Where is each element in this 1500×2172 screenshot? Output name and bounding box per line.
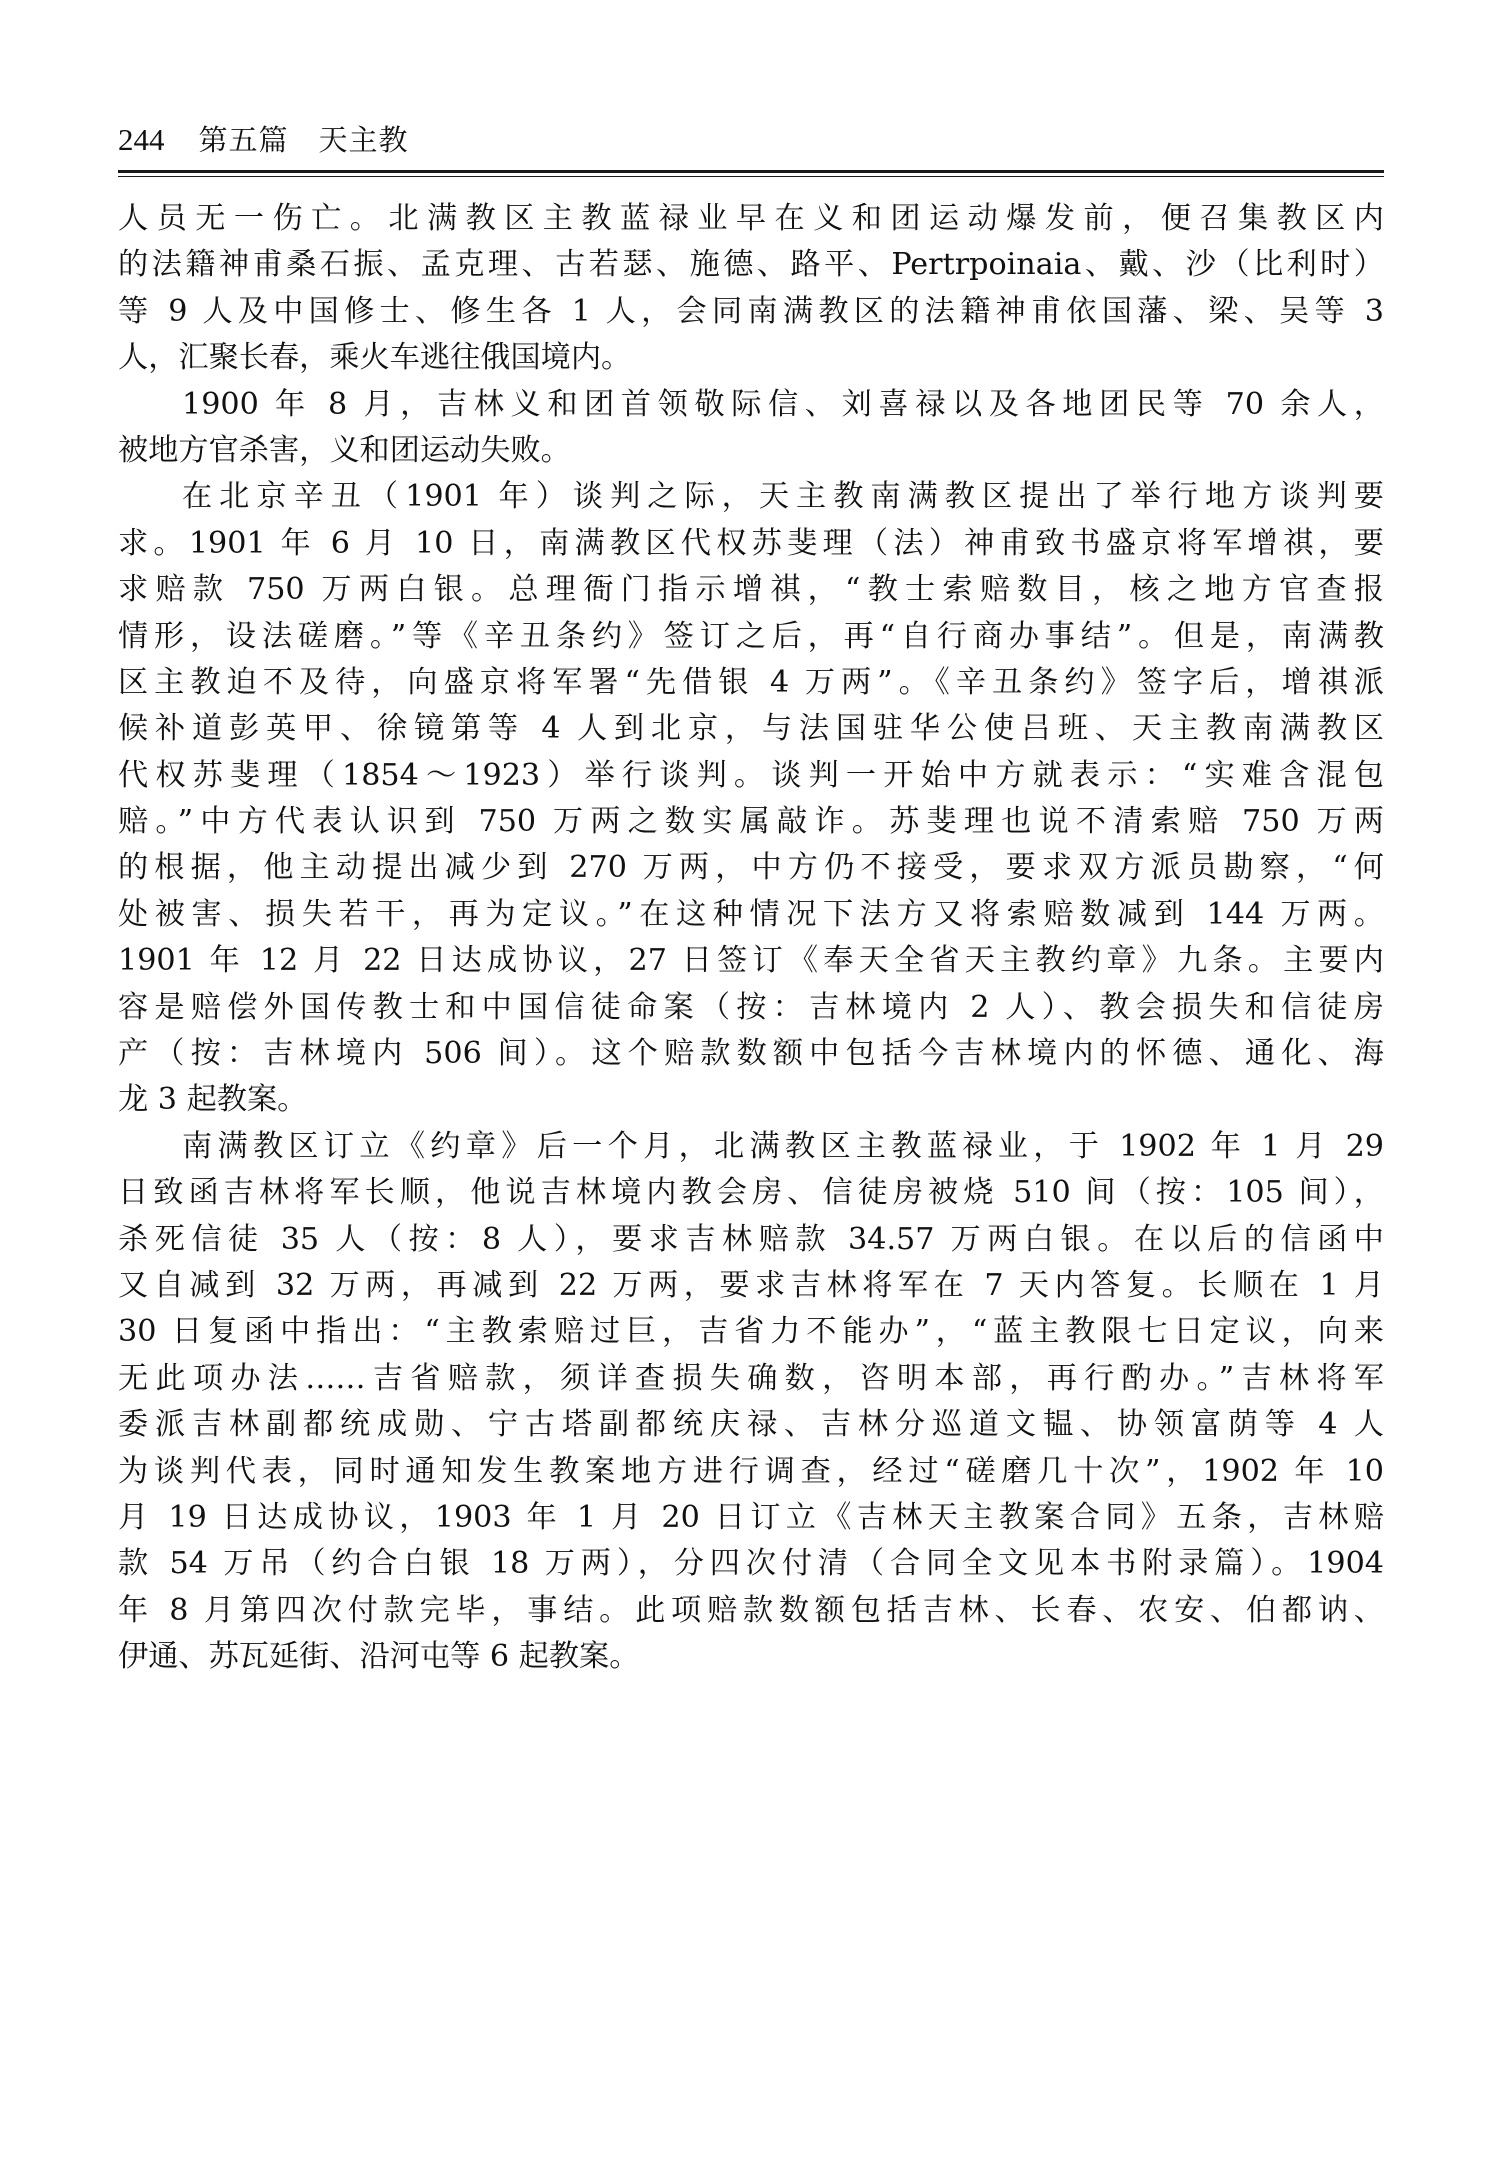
header-double-rule [118,170,1384,177]
text-line: 无此项办法……吉省赔款，须详查损失确数，咨明本部，再行酌办。”吉林将军 [118,1356,1384,1402]
page-number: 244 [118,118,165,162]
text-line: 1900 年 8 月，吉林义和团首领敬际信、刘喜禄以及各地团民等 70 余人， [118,382,1384,428]
part-label: 第五篇 [199,118,289,162]
text-line: 30 日复函中指出：“主教索赔过巨，吉省力不能办”，“蓝主教限七日定议，向来 [118,1309,1384,1355]
text-line: 为谈判代表，同时通知发生教案地方进行调查，经过“磋磨几十次”，1902 年 10 [118,1449,1384,1495]
paragraph: 人员无一伤亡。北满教区主教蓝禄业早在义和团运动爆发前，便召集教区内 的法籍神甫桑… [118,196,1384,382]
text-line: 人员无一伤亡。北满教区主教蓝禄业早在义和团运动爆发前，便召集教区内 [118,196,1384,242]
text-line: 在北京辛丑（1901 年）谈判之际，天主教南满教区提出了举行地方谈判要 [118,474,1384,520]
text-line: 的法籍神甫桑石振、孟克理、古若瑟、施德、路平、Pertrpoinaia、戴、沙（… [118,242,1384,288]
text-line: 容是赔偿外国传教士和中国信徒命案（按：吉林境内 2 人）、教会损失和信徒房 [118,985,1384,1031]
text-line: 1901 年 12 月 22 日达成协议，27 日签订《奉天全省天主教约章》九条… [118,938,1384,984]
section-label: 天主教 [319,118,409,162]
text-line: 情形，设法磋磨。”等《辛丑条约》签订之后，再“自行商办事结”。但是，南满教 [118,614,1384,660]
text-line: 被地方官杀害，义和团运动失败。 [118,428,1384,474]
text-line: 代权苏斐理（1854～1923）举行谈判。谈判一开始中方就表示：“实难含混包 [118,753,1384,799]
text-line: 求赔款 750 万两白银。总理衙门指示增祺，“教士索赔数目，核之地方官查报 [118,567,1384,613]
text-line: 年 8 月第四次付款完毕，事结。此项赔款数额包括吉林、长春、农安、伯都讷、 [118,1588,1384,1634]
text-line: 日致函吉林将军长顺，他说吉林境内教会房、信徒房被烧 510 间（按：105 间）… [118,1170,1384,1216]
paragraph: 在北京辛丑（1901 年）谈判之际，天主教南满教区提出了举行地方谈判要 求。19… [118,474,1384,1123]
text-line: 伊通、苏瓦延街、沿河屯等 6 起教案。 [118,1634,1384,1680]
text-line: 委派吉林副都统成勋、宁古塔副都统庆禄、吉林分巡道文韫、协领富荫等 4 人 [118,1402,1384,1448]
text-line: 龙 3 起教案。 [118,1077,1384,1123]
paragraph: 1900 年 8 月，吉林义和团首领敬际信、刘喜禄以及各地团民等 70 余人， … [118,382,1384,475]
running-head: 244 第五篇 天主教 [118,118,409,162]
text-line: 处被害、损失若干，再为定议。”在这种情况下法方又将索赔数减到 144 万两。 [118,892,1384,938]
text-line: 等 9 人及中国修士、修生各 1 人，会同南满教区的法籍神甫依国藩、梁、吴等 3 [118,289,1384,335]
text-line: 人，汇聚长春，乘火车逃往俄国境内。 [118,335,1384,381]
text-line: 月 19 日达成协议，1903 年 1 月 20 日订立《吉林天主教案合同》五条… [118,1495,1384,1541]
text-line: 求。1901 年 6 月 10 日，南满教区代权苏斐理（法）神甫致书盛京将军增祺… [118,521,1384,567]
text-line: 杀死信徒 35 人（按：8 人），要求吉林赔款 34.57 万两白银。在以后的信… [118,1217,1384,1263]
text-line: 赔。”中方代表认识到 750 万两之数实属敲诈。苏斐理也说不清索赔 750 万两 [118,799,1384,845]
text-line: 候补道彭英甲、徐镜第等 4 人到北京，与法国驻华公使吕班、天主教南满教区 [118,706,1384,752]
text-line: 的根据，他主动提出减少到 270 万两，中方仍不接受，要求双方派员勘察，“何 [118,845,1384,891]
body-text: 人员无一伤亡。北满教区主教蓝禄业早在义和团运动爆发前，便召集教区内 的法籍神甫桑… [118,196,1384,1681]
paragraph: 南满教区订立《约章》后一个月，北满教区主教蓝禄业，于 1902 年 1 月 29… [118,1124,1384,1681]
text-line: 款 54 万吊（约合白银 18 万两），分四次付清（合同全文见本书附录篇）。19… [118,1541,1384,1587]
text-line: 南满教区订立《约章》后一个月，北满教区主教蓝禄业，于 1902 年 1 月 29 [118,1124,1384,1170]
text-line: 区主教迫不及待，向盛京将军署“先借银 4 万两”。《辛丑条约》签字后，增祺派 [118,660,1384,706]
text-line: 产（按：吉林境内 506 间）。这个赔款数额中包括今吉林境内的怀德、通化、海 [118,1031,1384,1077]
text-line: 又自减到 32 万两，再减到 22 万两，要求吉林将军在 7 天内答复。长顺在 … [118,1263,1384,1309]
